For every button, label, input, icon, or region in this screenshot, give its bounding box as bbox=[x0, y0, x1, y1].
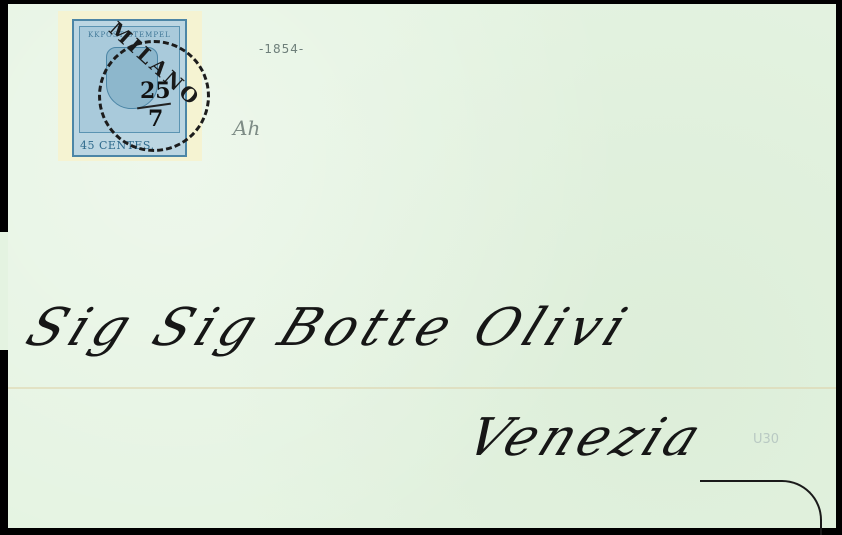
address-line-2: Venezia bbox=[458, 408, 713, 468]
cover-edge bbox=[0, 232, 8, 350]
pencil-mark: Ah bbox=[233, 116, 260, 140]
fold-line bbox=[8, 387, 836, 389]
year-annotation: -1854- bbox=[259, 42, 304, 56]
flourish-stroke bbox=[700, 480, 822, 535]
postmark-month: 7 bbox=[148, 106, 163, 132]
address-line-1: Sig Sig Botte Olivi bbox=[18, 298, 641, 358]
corner-pencil-note: U30 bbox=[753, 432, 779, 447]
postmark-day: 25 bbox=[140, 78, 171, 104]
